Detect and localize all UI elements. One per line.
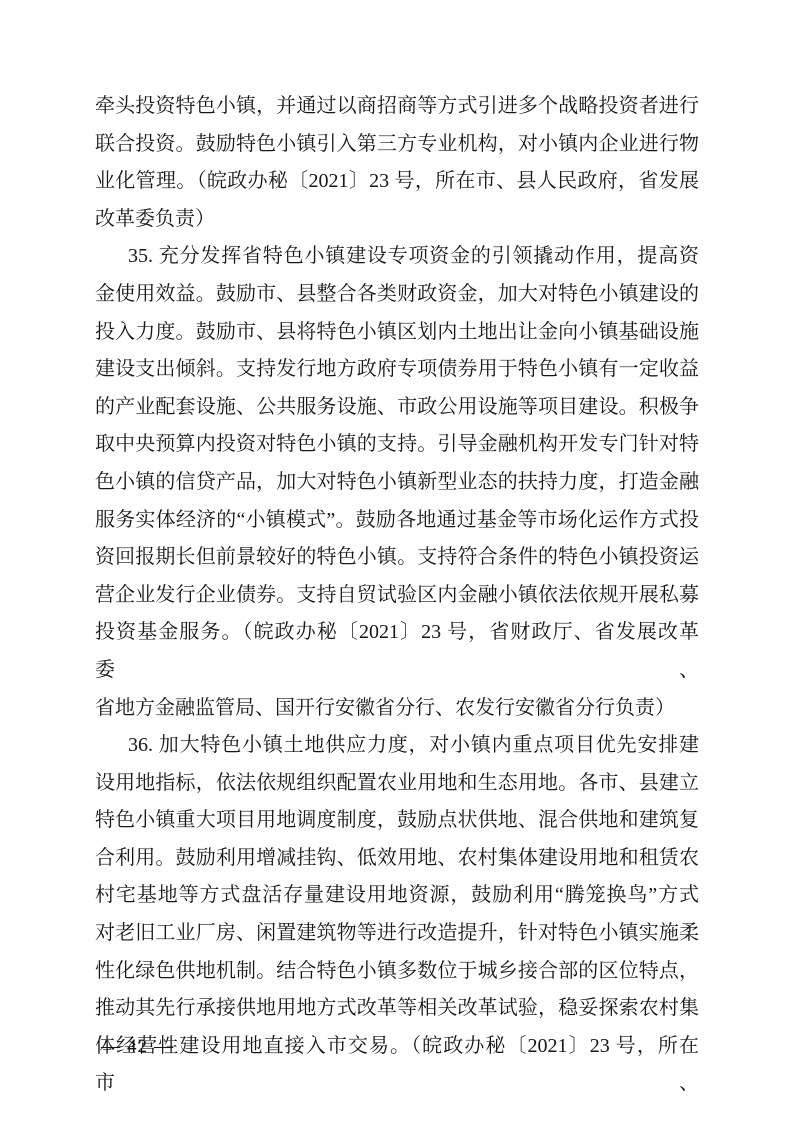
text-line: 省地方金融监管局、国开行安徽省分行、农发行安徽省分行负责） <box>95 690 699 728</box>
page-footer: —42— <box>95 1032 180 1062</box>
text-line: 牵头投资特色小镇，并通过以商招商等方式引进多个战略投资者进行 <box>95 88 699 126</box>
document-body: 牵头投资特色小镇，并通过以商招商等方式引进多个战略投资者进行联合投资。鼓励特色小… <box>95 88 699 1103</box>
text-line: 资回报期长但前景较好的特色小镇。支持符合条件的特色小镇投资运 <box>95 539 699 577</box>
text-line: 35. 充分发挥省特色小镇建设专项资金的引领撬动作用，提高资 <box>95 238 699 276</box>
text-line: 投入力度。鼓励市、县将特色小镇区划内土地出让金向小镇基础设施 <box>95 314 699 352</box>
text-line: 联合投资。鼓励特色小镇引入第三方专业机构，对小镇内企业进行物 <box>95 126 699 164</box>
text-line: 推动其先行承接供地用地方式改革等相关改革试验，稳妥探索农村集 <box>95 990 699 1028</box>
text-line: 色小镇的信贷产品，加大对特色小镇新型业态的扶持力度，打造金融 <box>95 464 699 502</box>
text-line: 取中央预算内投资对特色小镇的支持。引导金融机构开发专门针对特 <box>95 426 699 464</box>
page-number: 42 <box>127 1036 148 1057</box>
paragraph: 35. 充分发挥省特色小镇建设专项资金的引领撬动作用，提高资金使用效益。鼓励市、… <box>95 238 699 727</box>
text-line: 投资基金服务。（皖政办秘〔2021〕23 号，省财政厅、省发展改革委、 <box>95 614 699 689</box>
text-line: 业化管理。（皖政办秘〔2021〕23 号，所在市、县人民政府，省发展 <box>95 163 699 201</box>
document-page: 牵头投资特色小镇，并通过以商招商等方式引进多个战略投资者进行联合投资。鼓励特色小… <box>0 0 793 1122</box>
paragraph: 牵头投资特色小镇，并通过以商招商等方式引进多个战略投资者进行联合投资。鼓励特色小… <box>95 88 699 238</box>
text-line: 建设支出倾斜。支持发行地方政府专项债券用于特色小镇有一定收益 <box>95 351 699 389</box>
text-line: 36. 加大特色小镇土地供应力度，对小镇内重点项目优先安排建 <box>95 727 699 765</box>
text-line: 合利用。鼓励利用增减挂钩、低效用地、农村集体建设用地和租赁农 <box>95 840 699 878</box>
paragraph: 36. 加大特色小镇土地供应力度，对小镇内重点项目优先安排建设用地指标，依法依规… <box>95 727 699 1103</box>
text-line: 性化绿色供地机制。结合特色小镇多数位于城乡接合部的区位特点， <box>95 953 699 991</box>
text-line: 设用地指标，依法依规组织配置农业用地和生态用地。各市、县建立 <box>95 765 699 803</box>
footer-right-dash: — <box>148 1036 180 1057</box>
text-line: 金使用效益。鼓励市、县整合各类财政资金，加大对特色小镇建设的 <box>95 276 699 314</box>
text-line: 对老旧工业厂房、闲置建筑物等进行改造提升，针对特色小镇实施柔 <box>95 915 699 953</box>
text-line: 的产业配套设施、公共服务设施、市政公用设施等项目建设。积极争 <box>95 389 699 427</box>
text-line: 特色小镇重大项目用地调度制度，鼓励点状供地、混合供地和建筑复 <box>95 802 699 840</box>
footer-left-dash: — <box>95 1036 127 1057</box>
text-line: 体经营性建设用地直接入市交易。（皖政办秘〔2021〕23 号，所在市、 <box>95 1028 699 1103</box>
text-line: 村宅基地等方式盘活存量建设用地资源，鼓励利用“腾笼换鸟”方式 <box>95 877 699 915</box>
text-line: 服务实体经济的“小镇模式”。鼓励各地通过基金等市场化运作方式投 <box>95 502 699 540</box>
text-line: 营企业发行企业债券。支持自贸试验区内金融小镇依法依规开展私募 <box>95 577 699 615</box>
text-line: 改革委负责） <box>95 201 699 239</box>
